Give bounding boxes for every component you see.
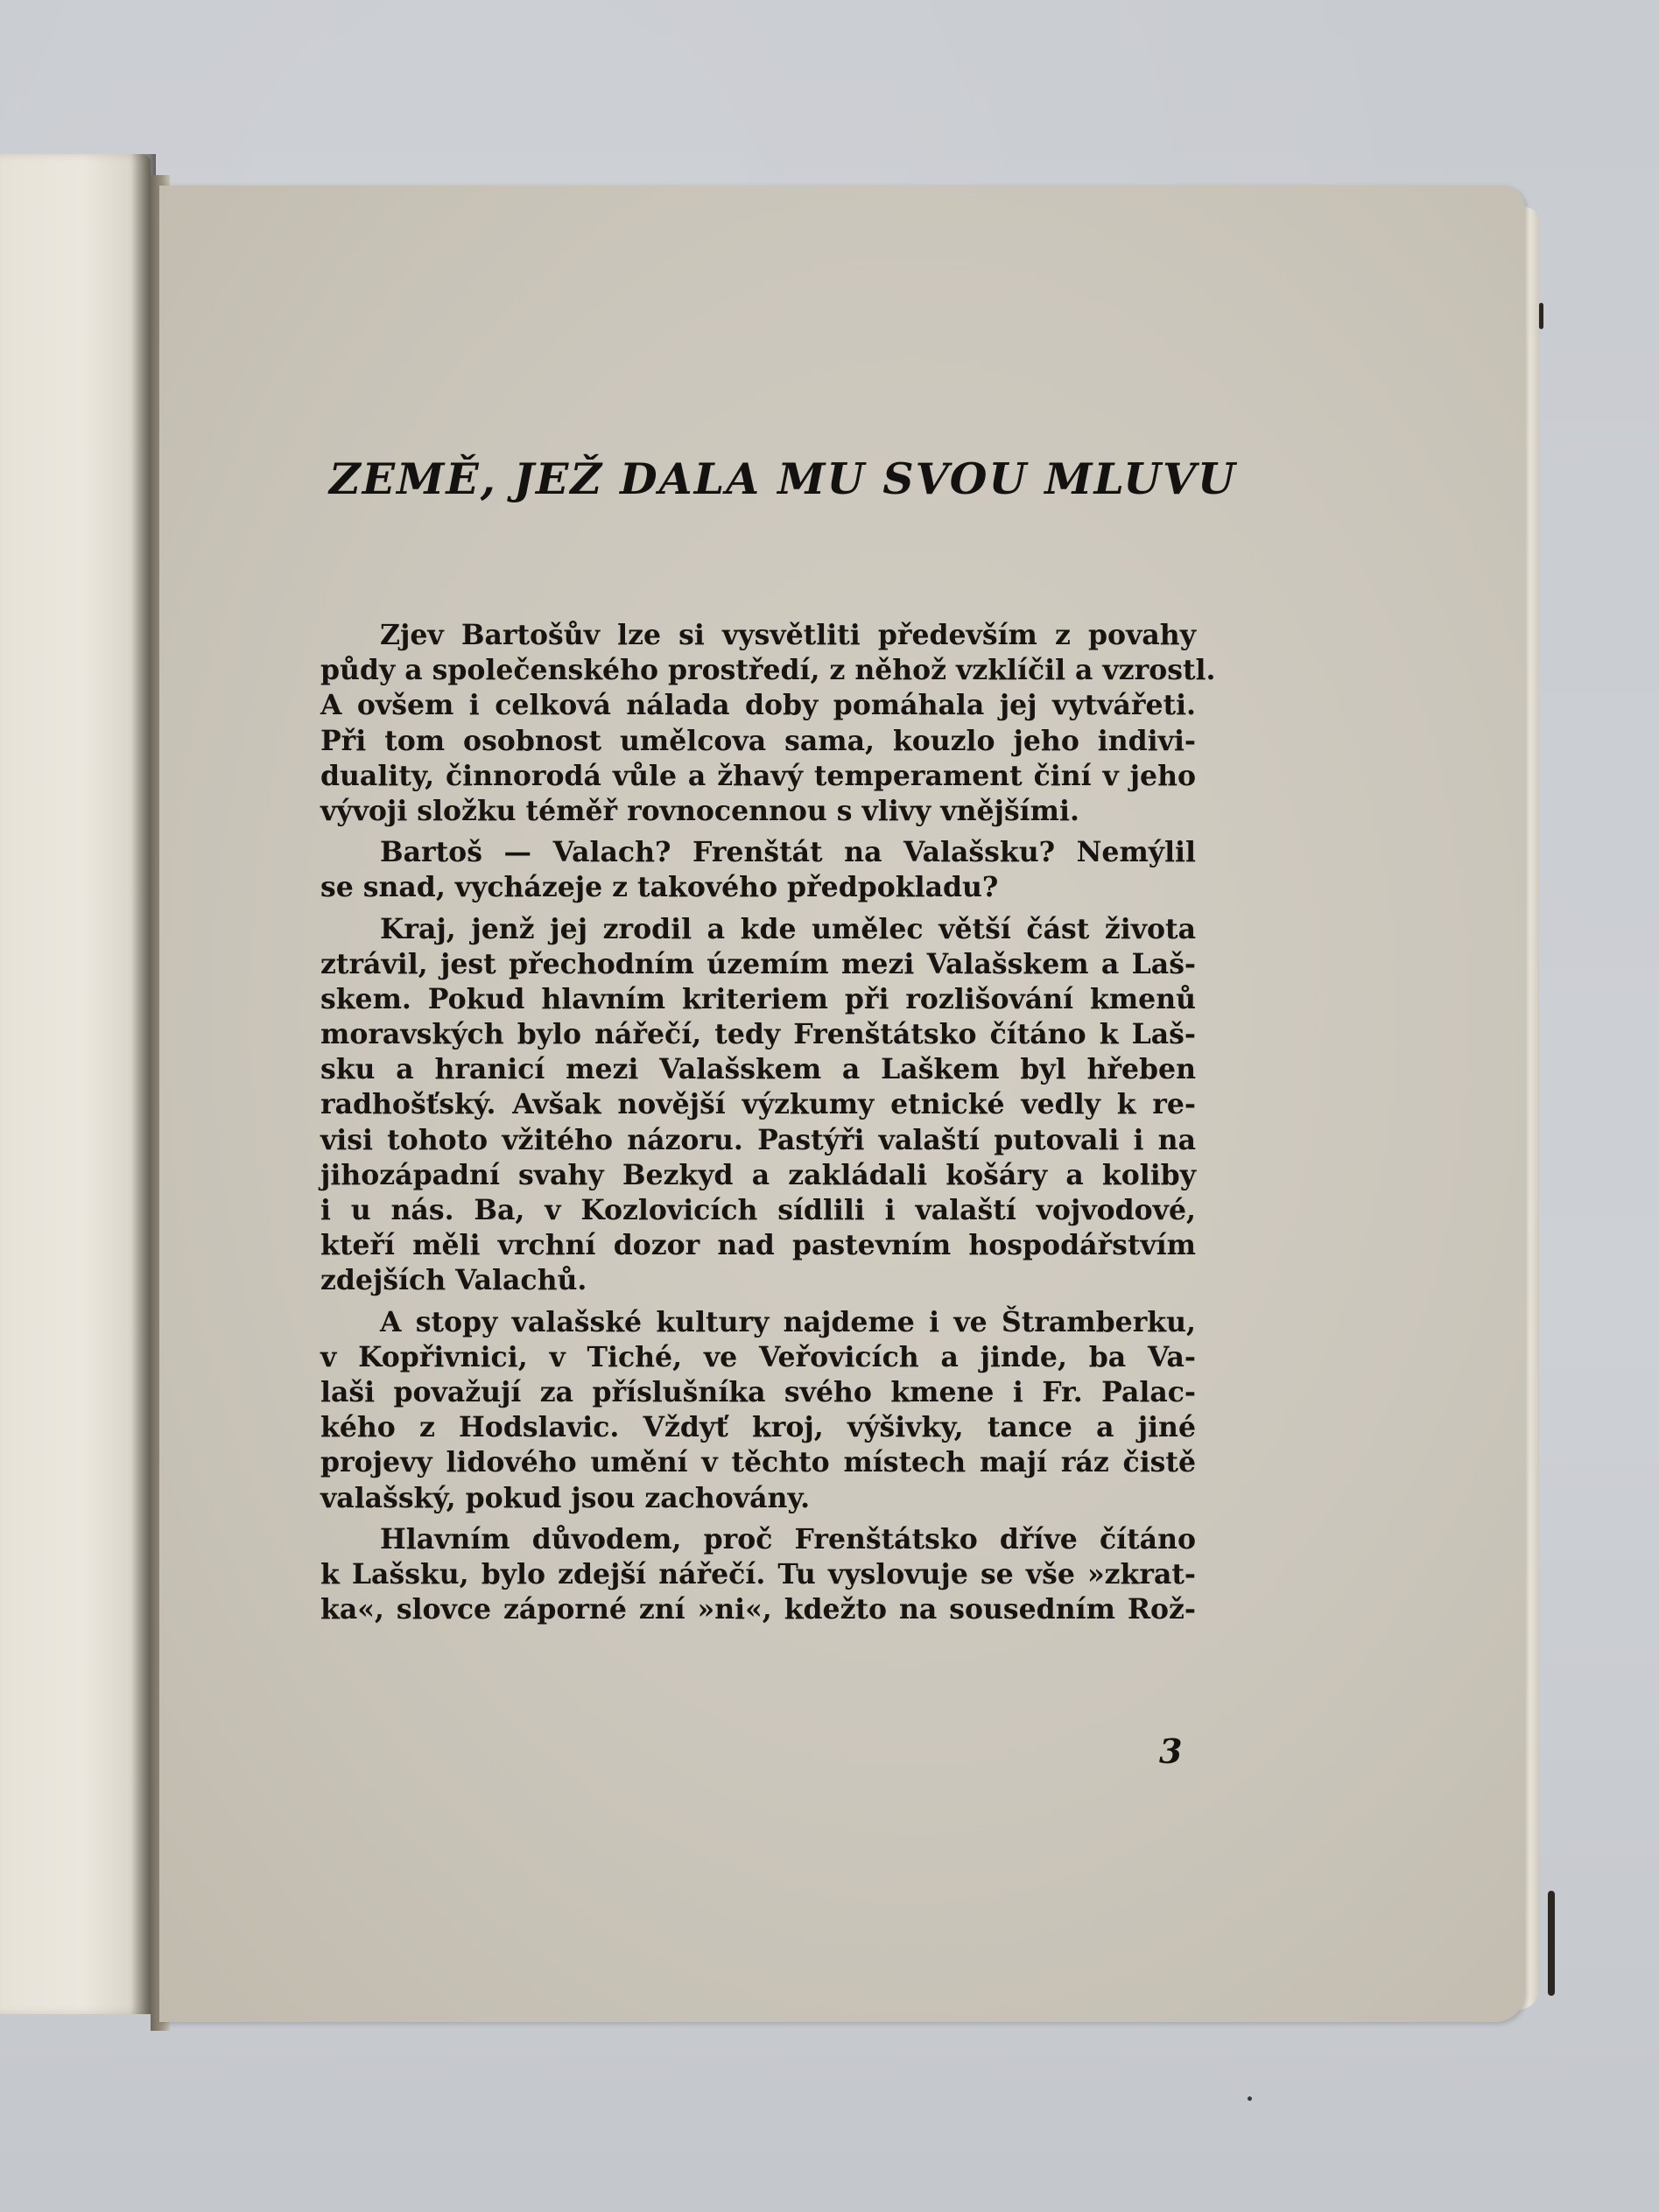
text-line: půdy a společenského prostředí, z něhož … xyxy=(320,653,1196,688)
page-number: 3 xyxy=(1159,1731,1182,1771)
text-line: zdejších Valachů. xyxy=(320,1263,1196,1298)
text-line: radhošťský. Avšak novější výzkumy etnick… xyxy=(320,1087,1196,1122)
chapter-title: ZEMĚ, JEŽ DALA MU SVOU MLUVU xyxy=(329,453,1205,504)
paragraph: Zjev Bartošův lze si vysvětliti předevší… xyxy=(320,618,1196,829)
text-line: ztrávil, jest přechodním územím mezi Val… xyxy=(320,947,1196,982)
dust-speck xyxy=(1248,2096,1252,2101)
text-line: vývoji složku téměř rovnocennou s vlivy … xyxy=(320,794,1196,829)
body-text: Zjev Bartošův lze si vysvětliti předevší… xyxy=(320,618,1196,1633)
text-line: ka«, slovce záporné zní »ni«, kdežto na … xyxy=(320,1592,1196,1627)
paragraph: Hlavním důvodem, proč Frenštátsko dříve … xyxy=(320,1522,1196,1628)
text-line: se snad, vycházeje z takového předpoklad… xyxy=(320,870,1196,905)
text-line: Kraj, jenž jej zrodil a kde umělec větší… xyxy=(320,912,1196,947)
text-line: i u nás. Ba, v Kozlovicích sídlili i val… xyxy=(320,1193,1196,1228)
text-line: k Lašsku, bylo zdejší nářečí. Tu vyslovu… xyxy=(320,1557,1196,1592)
paragraph: Bartoš — Valach? Frenštát na Valašsku? N… xyxy=(320,835,1196,905)
text-line: kého z Hodslavic. Vždyť kroj, výšivky, t… xyxy=(320,1410,1196,1445)
page-edge-nick xyxy=(1539,303,1543,329)
text-line: jihozápadní svahy Bezkyd a zakládali koš… xyxy=(320,1158,1196,1193)
text-line: laši považují za příslušníka svého kmene… xyxy=(320,1375,1196,1410)
text-line: Hlavním důvodem, proč Frenštátsko dříve … xyxy=(320,1522,1196,1557)
text-line: A ovšem i celková nálada doby pomáhala j… xyxy=(320,688,1196,723)
text-line: Při tom osobnost umělcova sama, kouzlo j… xyxy=(320,724,1196,759)
page-edge-tear xyxy=(1548,1891,1555,1996)
paragraph: Kraj, jenž jej zrodil a kde umělec větší… xyxy=(320,912,1196,1299)
text-line: sku a hranicí mezi Valašskem a Laškem by… xyxy=(320,1052,1196,1087)
text-line: Bartoš — Valach? Frenštát na Valašsku? N… xyxy=(320,835,1196,870)
text-line: visi tohoto vžitého názoru. Pastýři vala… xyxy=(320,1123,1196,1158)
text-line: projevy lidového umění v těchto místech … xyxy=(320,1445,1196,1480)
paragraph: A stopy valašské kultury najdeme i ve Št… xyxy=(320,1305,1196,1516)
text-line: skem. Pokud hlavním kriteriem při rozliš… xyxy=(320,982,1196,1017)
text-line: v Kopřivnici, v Tiché, ve Veřovicích a j… xyxy=(320,1340,1196,1375)
text-line: Zjev Bartošův lze si vysvětliti předevší… xyxy=(320,618,1196,653)
text-line: duality, činnorodá vůle a žhavý temperam… xyxy=(320,759,1196,794)
left-facing-leaf xyxy=(0,154,151,2014)
text-line: moravských bylo nářečí, tedy Frenštátsko… xyxy=(320,1017,1196,1052)
text-line: kteří měli vrchní dozor nad pastevním ho… xyxy=(320,1228,1196,1263)
text-line: A stopy valašské kultury najdeme i ve Št… xyxy=(320,1305,1196,1340)
text-line: valašský, pokud jsou zachovány. xyxy=(320,1481,1196,1516)
